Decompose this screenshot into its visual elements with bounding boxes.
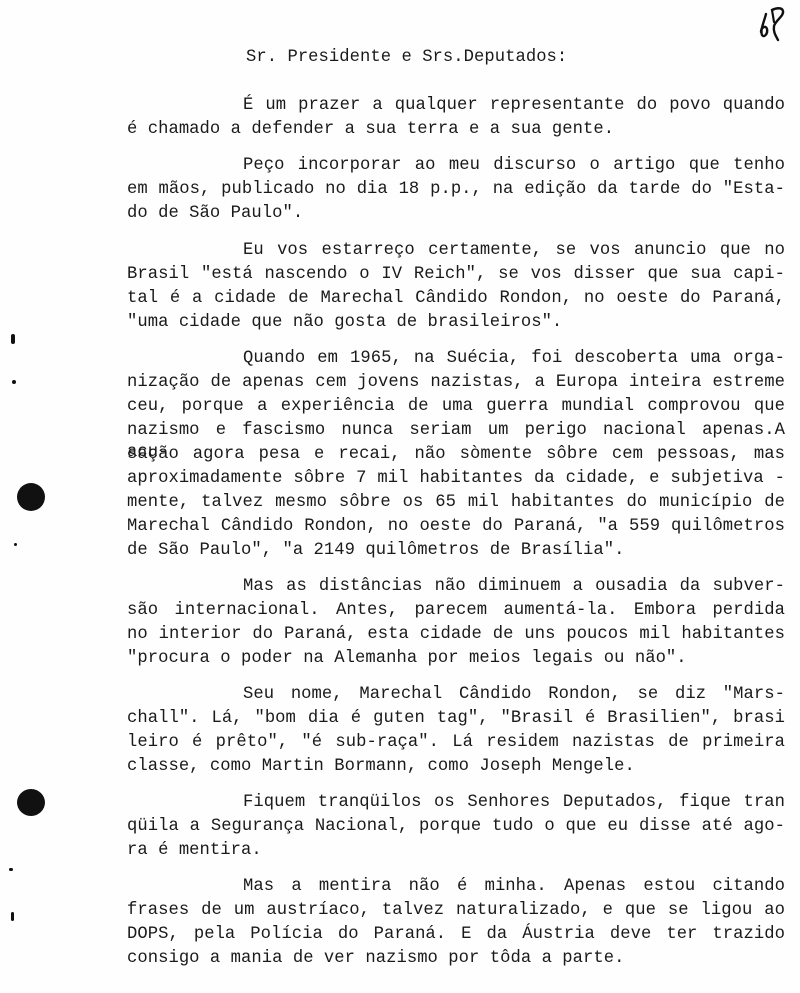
paragraph-line: em mãos, publicado no dia 18 p.p., na ed… <box>127 179 785 201</box>
paragraph-line: chall". Lá, "bom dia é guten tag", "Bras… <box>127 708 785 730</box>
paragraph-line: DOPS, pela Polícia do Paraná. E da Áustr… <box>127 924 785 946</box>
paragraph-line: Seu nome, Marechal Cândido Rondon, se di… <box>243 684 785 706</box>
paragraph-line: Eu vos estarreço certamente, se vos anun… <box>243 240 785 262</box>
paragraph-line: qüila a Segurança Nacional, porque tudo … <box>127 816 785 838</box>
margin-speck <box>14 543 17 546</box>
paragraph-line: é chamado a defender a sua terra e a sua… <box>127 119 785 141</box>
paragraph-line: nazismo e fascismo nunca seriam um perig… <box>127 420 785 442</box>
binder-hole <box>17 789 45 816</box>
paragraph-line: "uma cidade que não gosta de brasileiros… <box>127 312 785 334</box>
binder-hole <box>17 483 45 511</box>
paragraph-line: Fiquem tranqüilos os Senhores Deputados,… <box>243 792 785 814</box>
salutation: Sr. Presidente e Srs.Deputados: <box>246 47 646 69</box>
paragraph-line: são internacional. Antes, parecem aument… <box>127 600 785 622</box>
paragraph-line: "procura o poder na Alemanha por meios l… <box>127 648 785 670</box>
margin-speck <box>11 334 15 344</box>
paragraph-line: Quando em 1965, na Suécia, foi descobert… <box>243 348 785 370</box>
paragraph-line: Marechal Cândido Rondon, no oeste do Par… <box>127 516 785 538</box>
margin-speck <box>12 380 16 384</box>
paragraph-line: nização de apenas cem jovens nazistas, a… <box>127 372 785 394</box>
paragraph-line: mente, talvez mesmo sôbre os 65 mil habi… <box>127 492 785 514</box>
paragraph-line: Mas as distâncias não diminuem a ousadia… <box>243 576 785 598</box>
handwritten-page-number <box>752 2 792 42</box>
paragraph-line: Peço incorporar ao meu discurso o artigo… <box>243 155 785 177</box>
paragraph-line: no interior do Paraná, esta cidade de un… <box>127 624 785 646</box>
paragraph-line: ceu, porque a experiência de uma guerra … <box>127 396 785 418</box>
paragraph-line: tal é a cidade de Marechal Cândido Rondo… <box>127 288 785 310</box>
margin-speck <box>11 912 14 921</box>
paragraph-line: consigo a mania de ver nazismo por tôda … <box>127 948 785 970</box>
paragraph-line: do de São Paulo". <box>127 203 785 225</box>
paragraph-line: frases de um austríaco, talvez naturaliz… <box>127 900 785 922</box>
paragraph-line: É um prazer a qualquer representante do … <box>243 95 785 117</box>
paragraph-line: Brasil "está nascendo o IV Reich", se vo… <box>127 264 785 286</box>
paragraph-line: Mas a mentira não é minha. Apenas estou … <box>243 876 785 898</box>
paragraph-line: classe, como Martin Bormann, como Joseph… <box>127 756 785 778</box>
paragraph-line: ra é mentira. <box>127 840 785 862</box>
paragraph-line: aproximadamente sôbre 7 mil habitantes d… <box>127 468 785 490</box>
paragraph-line: de São Paulo", "a 2149 quilômetros de Br… <box>127 540 785 562</box>
margin-speck <box>9 868 13 871</box>
paragraph-line: sação agora pesa e recai, não sòmente sô… <box>127 444 785 466</box>
paragraph-line: leiro é prêto", "é sub-raça". Lá residem… <box>127 732 785 754</box>
typewritten-page: Sr. Presidente e Srs.Deputados: É um pra… <box>0 0 800 993</box>
